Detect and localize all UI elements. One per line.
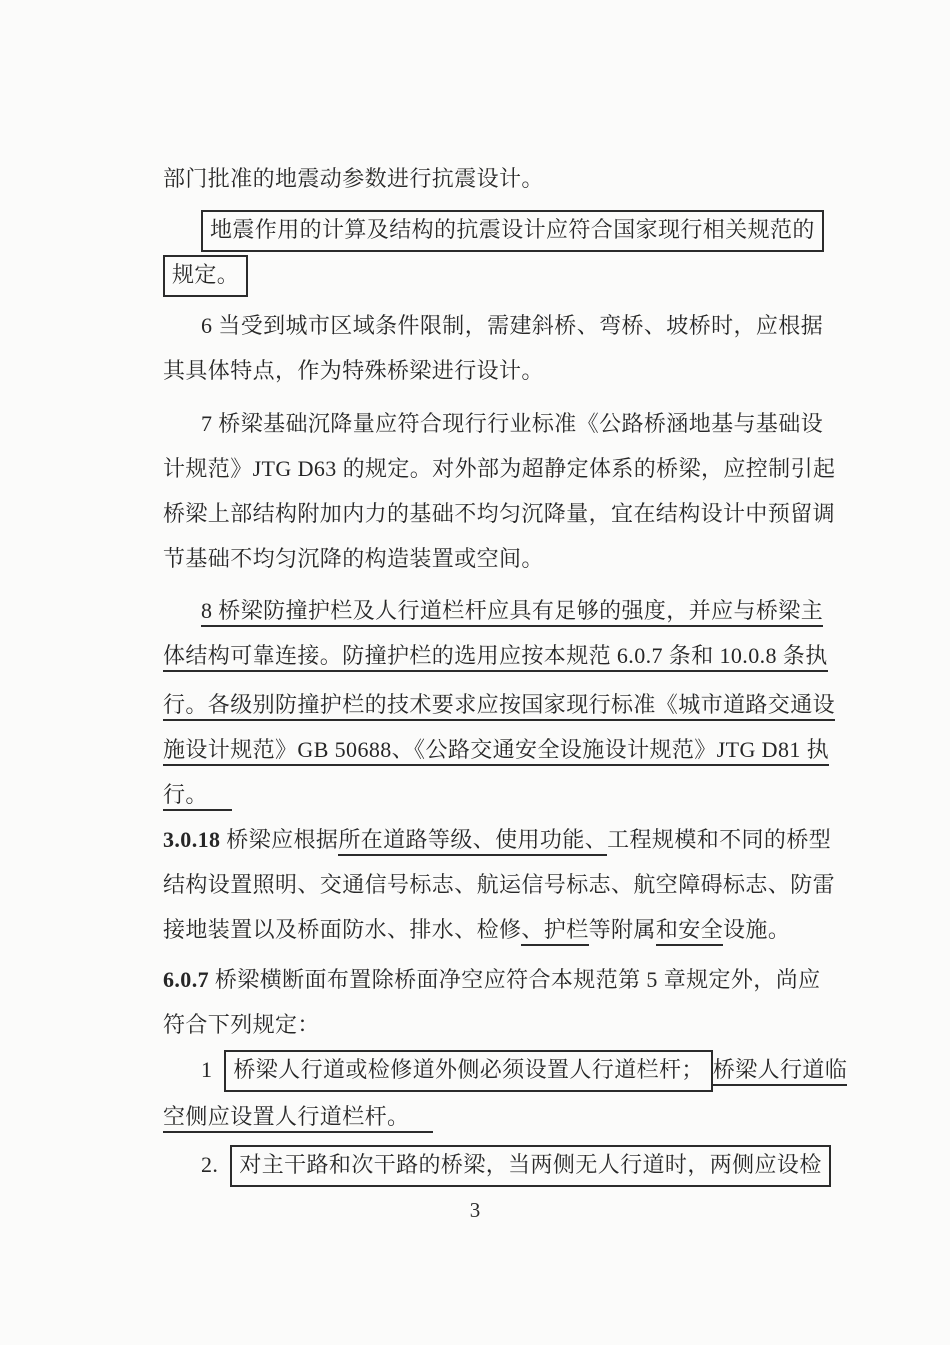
underlined-text: 和安全 <box>656 917 723 946</box>
underlined-text: 桥梁人行道临 <box>713 1057 847 1086</box>
text-segment: 等附属 <box>589 917 656 942</box>
text-line: 其具体特点，作为特殊桥梁进行设计。 <box>163 348 839 393</box>
boxed-text: 对主干路和次干路的桥梁，当两侧无人行道时，两侧应设检 <box>230 1145 830 1187</box>
clause-number: 3.0.18 <box>163 827 220 852</box>
underlined-text: 行。各级别防撞护栏的技术要求应按国家现行标准《城市道路交通设 <box>163 692 835 721</box>
text-line: 部门批准的地震动参数进行抗震设计。 <box>163 156 839 201</box>
text-segment: 部门批准的地震动参数进行抗震设计。 <box>163 166 544 191</box>
text-line: 空侧应设置人行道栏杆。 <box>163 1094 839 1139</box>
text-segment: 结构设置照明、交通信号标志、航运信号标志、航空障碍标志、防雷 <box>163 872 835 897</box>
underlined-text: 行。 <box>163 782 232 811</box>
text-line: 7 桥梁基础沉降量应符合现行行业标准《公路桥涵地基与基础设 <box>163 401 839 446</box>
text-line: 规定。 <box>163 252 839 297</box>
text-segment: 其具体特点，作为特殊桥梁进行设计。 <box>163 358 544 383</box>
item-number: 2. <box>201 1152 230 1177</box>
text-segment: 桥梁横断面布置除桥面净空应符合本规范第 5 章规定外，尚应 <box>209 967 821 992</box>
underlined-text: 施设计规范》GB 50688、《公路交通安全设施设计规范》JTG D81 执 <box>163 737 829 766</box>
text-line: 8 桥梁防撞护栏及人行道栏杆应具有足够的强度，并应与桥梁主 <box>163 588 839 633</box>
underlined-text: 8 桥梁防撞护栏及人行道栏杆应具有足够的强度，并应与桥梁主 <box>201 598 823 627</box>
text-line: 符合下列规定： <box>163 1002 839 1047</box>
underlined-text: 、护栏 <box>521 917 588 946</box>
text-line: 体结构可靠连接。防撞护栏的选用应按本规范 6.0.7 条和 10.0.8 条执 <box>163 633 839 678</box>
text-segment: 符合下列规定： <box>163 1012 320 1037</box>
text-line: 接地装置以及桥面防水、排水、检修、护栏等附属和安全设施。 <box>163 907 839 952</box>
text-line: 计规范》JTG D63 的规定。对外部为超静定体系的桥梁，应控制引起 <box>163 446 839 491</box>
document-body: 部门批准的地震动参数进行抗震设计。 地震作用的计算及结构的抗震设计应符合国家现行… <box>163 156 839 1187</box>
text-segment: 接地装置以及桥面防水、排水、检修 <box>163 917 521 942</box>
text-line: 1桥梁人行道或检修道外侧必须设置人行道栏杆；桥梁人行道临 <box>163 1047 839 1092</box>
page-number: 3 <box>0 1198 950 1223</box>
text-line: 3.0.18 桥梁应根据所在道路等级、使用功能、工程规模和不同的桥型 <box>163 817 839 862</box>
underlined-text: 体结构可靠连接。防撞护栏的选用应按本规范 6.0.7 条和 10.0.8 条执 <box>163 643 828 672</box>
text-segment: 工程规模和不同的桥型 <box>607 827 831 852</box>
text-segment: 桥梁上部结构附加内力的基础不均匀沉降量，宜在结构设计中预留调 <box>163 501 835 526</box>
underlined-text: 空侧应设置人行道栏杆。 <box>163 1104 433 1133</box>
text-segment: 桥梁应根据 <box>220 827 338 852</box>
text-line: 行。 <box>163 772 839 817</box>
document-page: 部门批准的地震动参数进行抗震设计。 地震作用的计算及结构的抗震设计应符合国家现行… <box>0 0 950 1345</box>
text-segment: 节基础不均匀沉降的构造装置或空间。 <box>163 546 544 571</box>
clause-number: 6.0.7 <box>163 967 209 992</box>
boxed-text: 桥梁人行道或检修道外侧必须设置人行道栏杆； <box>224 1050 712 1092</box>
text-line: 结构设置照明、交通信号标志、航运信号标志、航空障碍标志、防雷 <box>163 862 839 907</box>
text-line: 地震作用的计算及结构的抗震设计应符合国家现行相关规范的 <box>163 207 839 252</box>
text-line: 6 当受到城市区域条件限制，需建斜桥、弯桥、坡桥时，应根据 <box>163 303 839 348</box>
text-line: 行。各级别防撞护栏的技术要求应按国家现行标准《城市道路交通设 <box>163 682 839 727</box>
item-number: 1 <box>201 1057 224 1082</box>
text-line: 节基础不均匀沉降的构造装置或空间。 <box>163 536 839 581</box>
text-segment: 计规范》JTG D63 的规定。对外部为超静定体系的桥梁，应控制引起 <box>163 456 835 481</box>
underlined-text: 所在道路等级、使用功能、 <box>338 827 607 856</box>
boxed-text: 规定。 <box>163 255 248 297</box>
text-line: 2.对主干路和次干路的桥梁，当两侧无人行道时，两侧应设检 <box>163 1142 839 1187</box>
text-segment: 6 当受到城市区域条件限制，需建斜桥、弯桥、坡桥时，应根据 <box>201 313 823 338</box>
text-line: 桥梁上部结构附加内力的基础不均匀沉降量，宜在结构设计中预留调 <box>163 491 839 536</box>
text-segment: 设施。 <box>723 917 790 942</box>
text-line: 6.0.7 桥梁横断面布置除桥面净空应符合本规范第 5 章规定外，尚应 <box>163 957 839 1002</box>
text-segment: 7 桥梁基础沉降量应符合现行行业标准《公路桥涵地基与基础设 <box>201 411 823 436</box>
boxed-text: 地震作用的计算及结构的抗震设计应符合国家现行相关规范的 <box>201 210 824 252</box>
text-line: 施设计规范》GB 50688、《公路交通安全设施设计规范》JTG D81 执 <box>163 727 839 772</box>
